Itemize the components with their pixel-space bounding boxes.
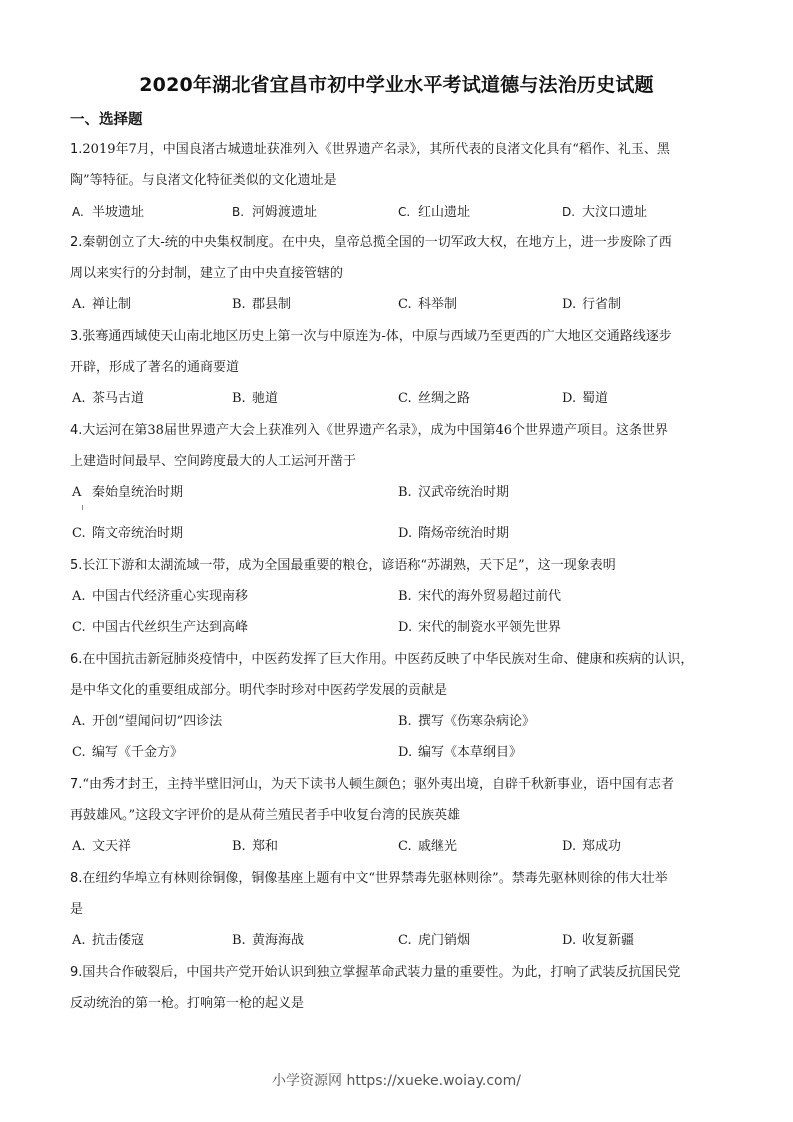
question-1-option-a: A.半坡遗址 bbox=[72, 204, 144, 221]
question-4-option-a: A秦始皇统治时期 bbox=[72, 485, 183, 501]
question-4-line-2: 上建造时间最早、空间跨度最大的人工运河开凿于 bbox=[70, 454, 730, 470]
question-6-line-2: 是中华文化的重要组成部分。明代李时珍对中医药学发展的贡献是 bbox=[70, 683, 730, 699]
question-7-option-a: A.文天祥 bbox=[72, 839, 131, 855]
question-number: 9. bbox=[70, 965, 82, 980]
question-number: 2. bbox=[70, 235, 82, 250]
exam-page: 2020年湖北省宜昌市初中学业水平考试道德与法治历史试题 一、选择题 1.201… bbox=[0, 0, 793, 1122]
question-1-line-2: 陶”等特征。与良渚文化特征类似的文化遗址是 bbox=[70, 173, 730, 189]
question-5-option-c: C.中国古代丝织生产达到高峰 bbox=[72, 620, 248, 636]
question-5-option-d: D.宋代的制瓷水平领先世界 bbox=[398, 620, 561, 636]
question-2-option-d: D.行省制 bbox=[562, 297, 621, 313]
question-6-option-c: C.编写《千金方》 bbox=[72, 745, 183, 761]
question-6-option-b: B.撰写《伤寒杂病论》 bbox=[398, 714, 535, 730]
question-2-option-c: C.科举制 bbox=[398, 297, 457, 313]
question-3-line-2: 开辟，形成了著名的通商要道 bbox=[70, 360, 730, 376]
footer-watermark: 小学资源网 https://xueke.woiay.com/ bbox=[0, 1070, 793, 1090]
question-number: 8. bbox=[70, 871, 82, 886]
question-7-line-1: 7.“由秀才封王，主持半壁旧河山，为天下读书人顿生颜色；驱外夷出境，自辟千秋新事… bbox=[70, 777, 730, 793]
question-1-line-1: 1.2019年7月，中国良渚古城遗址获准列入《世界遗产名录》，其所代表的良渚文化… bbox=[70, 142, 730, 158]
question-7-option-c: C.戚继光 bbox=[398, 839, 457, 855]
question-2-option-b: B.郡县制 bbox=[232, 297, 291, 313]
question-7-option-b: B.郑和 bbox=[232, 839, 278, 855]
question-number: 6. bbox=[70, 652, 82, 667]
question-9-line-2: 反动统治的第一枪。打响第一枪的起义是 bbox=[70, 996, 730, 1012]
stray-mark bbox=[82, 505, 83, 510]
question-number: 1. bbox=[70, 142, 82, 157]
question-1-option-d: D.大汶口遗址 bbox=[562, 204, 647, 221]
question-2-line-2: 周以来实行的分封制，建立了由中央直接管辖的 bbox=[70, 266, 730, 282]
question-8-line-1: 8.在纽约华埠立有林则徐铜像，铜像基座上题有中文“世界禁毒先驱林则徐”。禁毒先驱… bbox=[70, 871, 730, 887]
question-5-option-a: A.中国古代经济重心实现南移 bbox=[72, 589, 248, 605]
question-8-option-a: A.抗击倭寇 bbox=[72, 933, 144, 949]
question-2-option-a: A.禅让制 bbox=[72, 297, 131, 313]
question-8-option-c: C.虎门销烟 bbox=[398, 933, 470, 949]
question-8-line-2: 是 bbox=[70, 902, 730, 918]
question-number: 4. bbox=[70, 423, 82, 438]
question-6-option-a: A.开创“望闻问切”四诊法 bbox=[72, 714, 222, 730]
question-8-option-b: B.黄海海战 bbox=[232, 933, 304, 949]
question-4-option-c: C.隋文帝统治时期 bbox=[72, 526, 183, 542]
question-number: 7. bbox=[70, 777, 82, 792]
question-5-line-1: 5.长江下游和太湖流域一带，成为全国最重要的粮仓，谚语称“苏湖熟，天下足”，这一… bbox=[70, 558, 730, 574]
question-3-option-b: B.驰道 bbox=[232, 391, 278, 407]
question-7-line-2: 再鼓雄风。”这段文字评价的是从荷兰殖民者手中收复台湾的民族英雄 bbox=[70, 808, 730, 824]
question-2-line-1: 2.秦朝创立了大-统的中央集权制度。在中央，皇帝总揽全国的一切军政大权，在地方上… bbox=[70, 235, 730, 251]
question-number: 5. bbox=[70, 558, 82, 573]
page-title: 2020年湖北省宜昌市初中学业水平考试道德与法治历史试题 bbox=[0, 70, 793, 97]
question-4-option-d: D.隋炀帝统治时期 bbox=[398, 526, 509, 542]
question-1-option-c: C.红山遗址 bbox=[398, 204, 470, 221]
section-heading: 一、选择题 bbox=[70, 108, 143, 129]
question-3-option-a: A.茶马古道 bbox=[72, 391, 144, 407]
question-4-line-1: 4.大运河在第38届世界遗产大会上获准列入《世界遗产名录》，成为中国第46个世界… bbox=[70, 423, 730, 439]
question-1-option-b: B.河姆渡遗址 bbox=[232, 204, 317, 221]
question-3-option-d: D.蜀道 bbox=[562, 391, 608, 407]
question-3-line-1: 3.张骞通西域使天山南北地区历史上第一次与中原连为-体，中原与西域乃至更西的广大… bbox=[70, 329, 730, 345]
question-6-line-1: 6.在中国抗击新冠肺炎疫情中，中医药发挥了巨大作用。中医药反映了中华民族对生命、… bbox=[70, 652, 730, 668]
question-9-line-1: 9.国共合作破裂后，中国共产党开始认识到独立掌握革命武装力量的重要性。为此，打响… bbox=[70, 965, 730, 981]
question-8-option-d: D.收复新疆 bbox=[562, 933, 634, 949]
question-3-option-c: C.丝绸之路 bbox=[398, 391, 470, 407]
question-number: 3. bbox=[70, 329, 82, 344]
question-6-option-d: D.编写《本草纲目》 bbox=[398, 745, 522, 761]
question-7-option-d: D.郑成功 bbox=[562, 839, 621, 855]
question-4-option-b: B.汉武帝统治时期 bbox=[398, 485, 509, 501]
question-5-option-b: B.宋代的海外贸易超过前代 bbox=[398, 589, 561, 605]
